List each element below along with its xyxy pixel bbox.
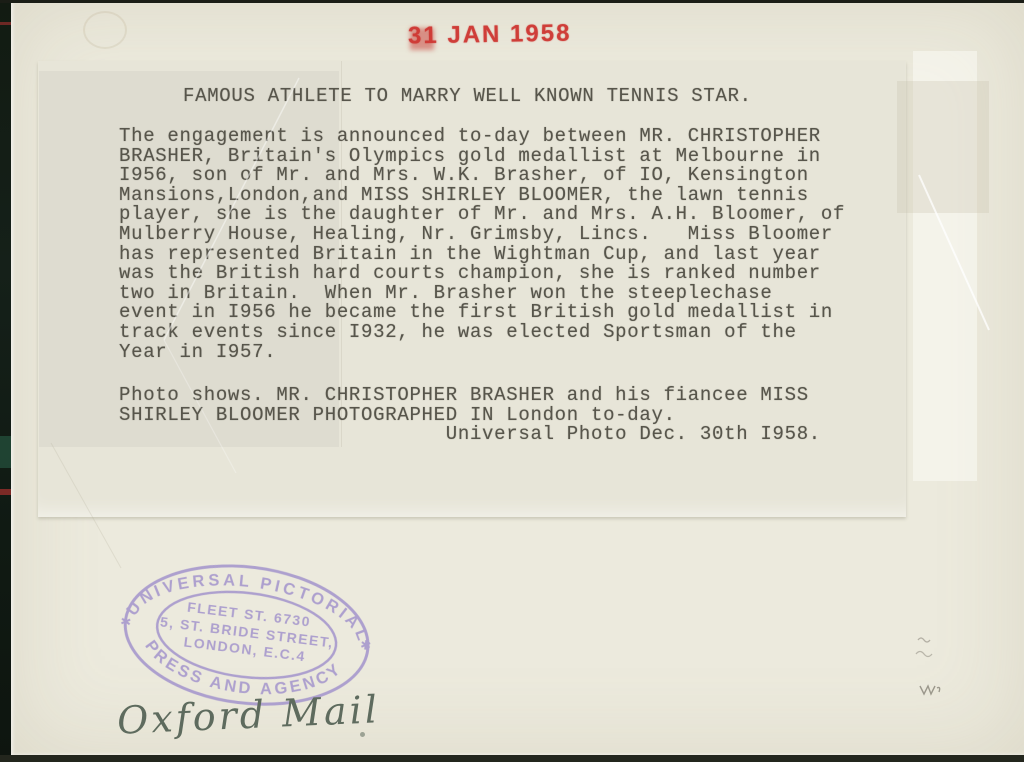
handwriting-dot (360, 732, 365, 737)
caption-body: The engagement is announced to-day betwe… (119, 127, 845, 362)
scan-edge-bottom (0, 755, 1024, 762)
stamp-star-left: ✱ (119, 614, 132, 630)
date-stamp: 31 JAN 1958 (408, 20, 572, 51)
faint-ring-mark (83, 11, 127, 49)
stamp-star-right: ✱ (359, 637, 372, 653)
pencil-marks (906, 628, 966, 703)
caption-photo-credit: Photo shows. MR. CHRISTOPHER BRASHER and… (119, 386, 821, 445)
caption-title: FAMOUS ATHLETE TO MARRY WELL KNOWN TENNI… (183, 87, 752, 107)
photo-paper: 31 JAN 1958 FAMOUS ATHLETE TO MARRY WELL… (11, 3, 1024, 755)
tape-patch (897, 81, 989, 213)
scan-edge-red-mark-top (0, 22, 11, 25)
photo-back-scan: 31 JAN 1958 FAMOUS ATHLETE TO MARRY WELL… (0, 0, 1024, 762)
